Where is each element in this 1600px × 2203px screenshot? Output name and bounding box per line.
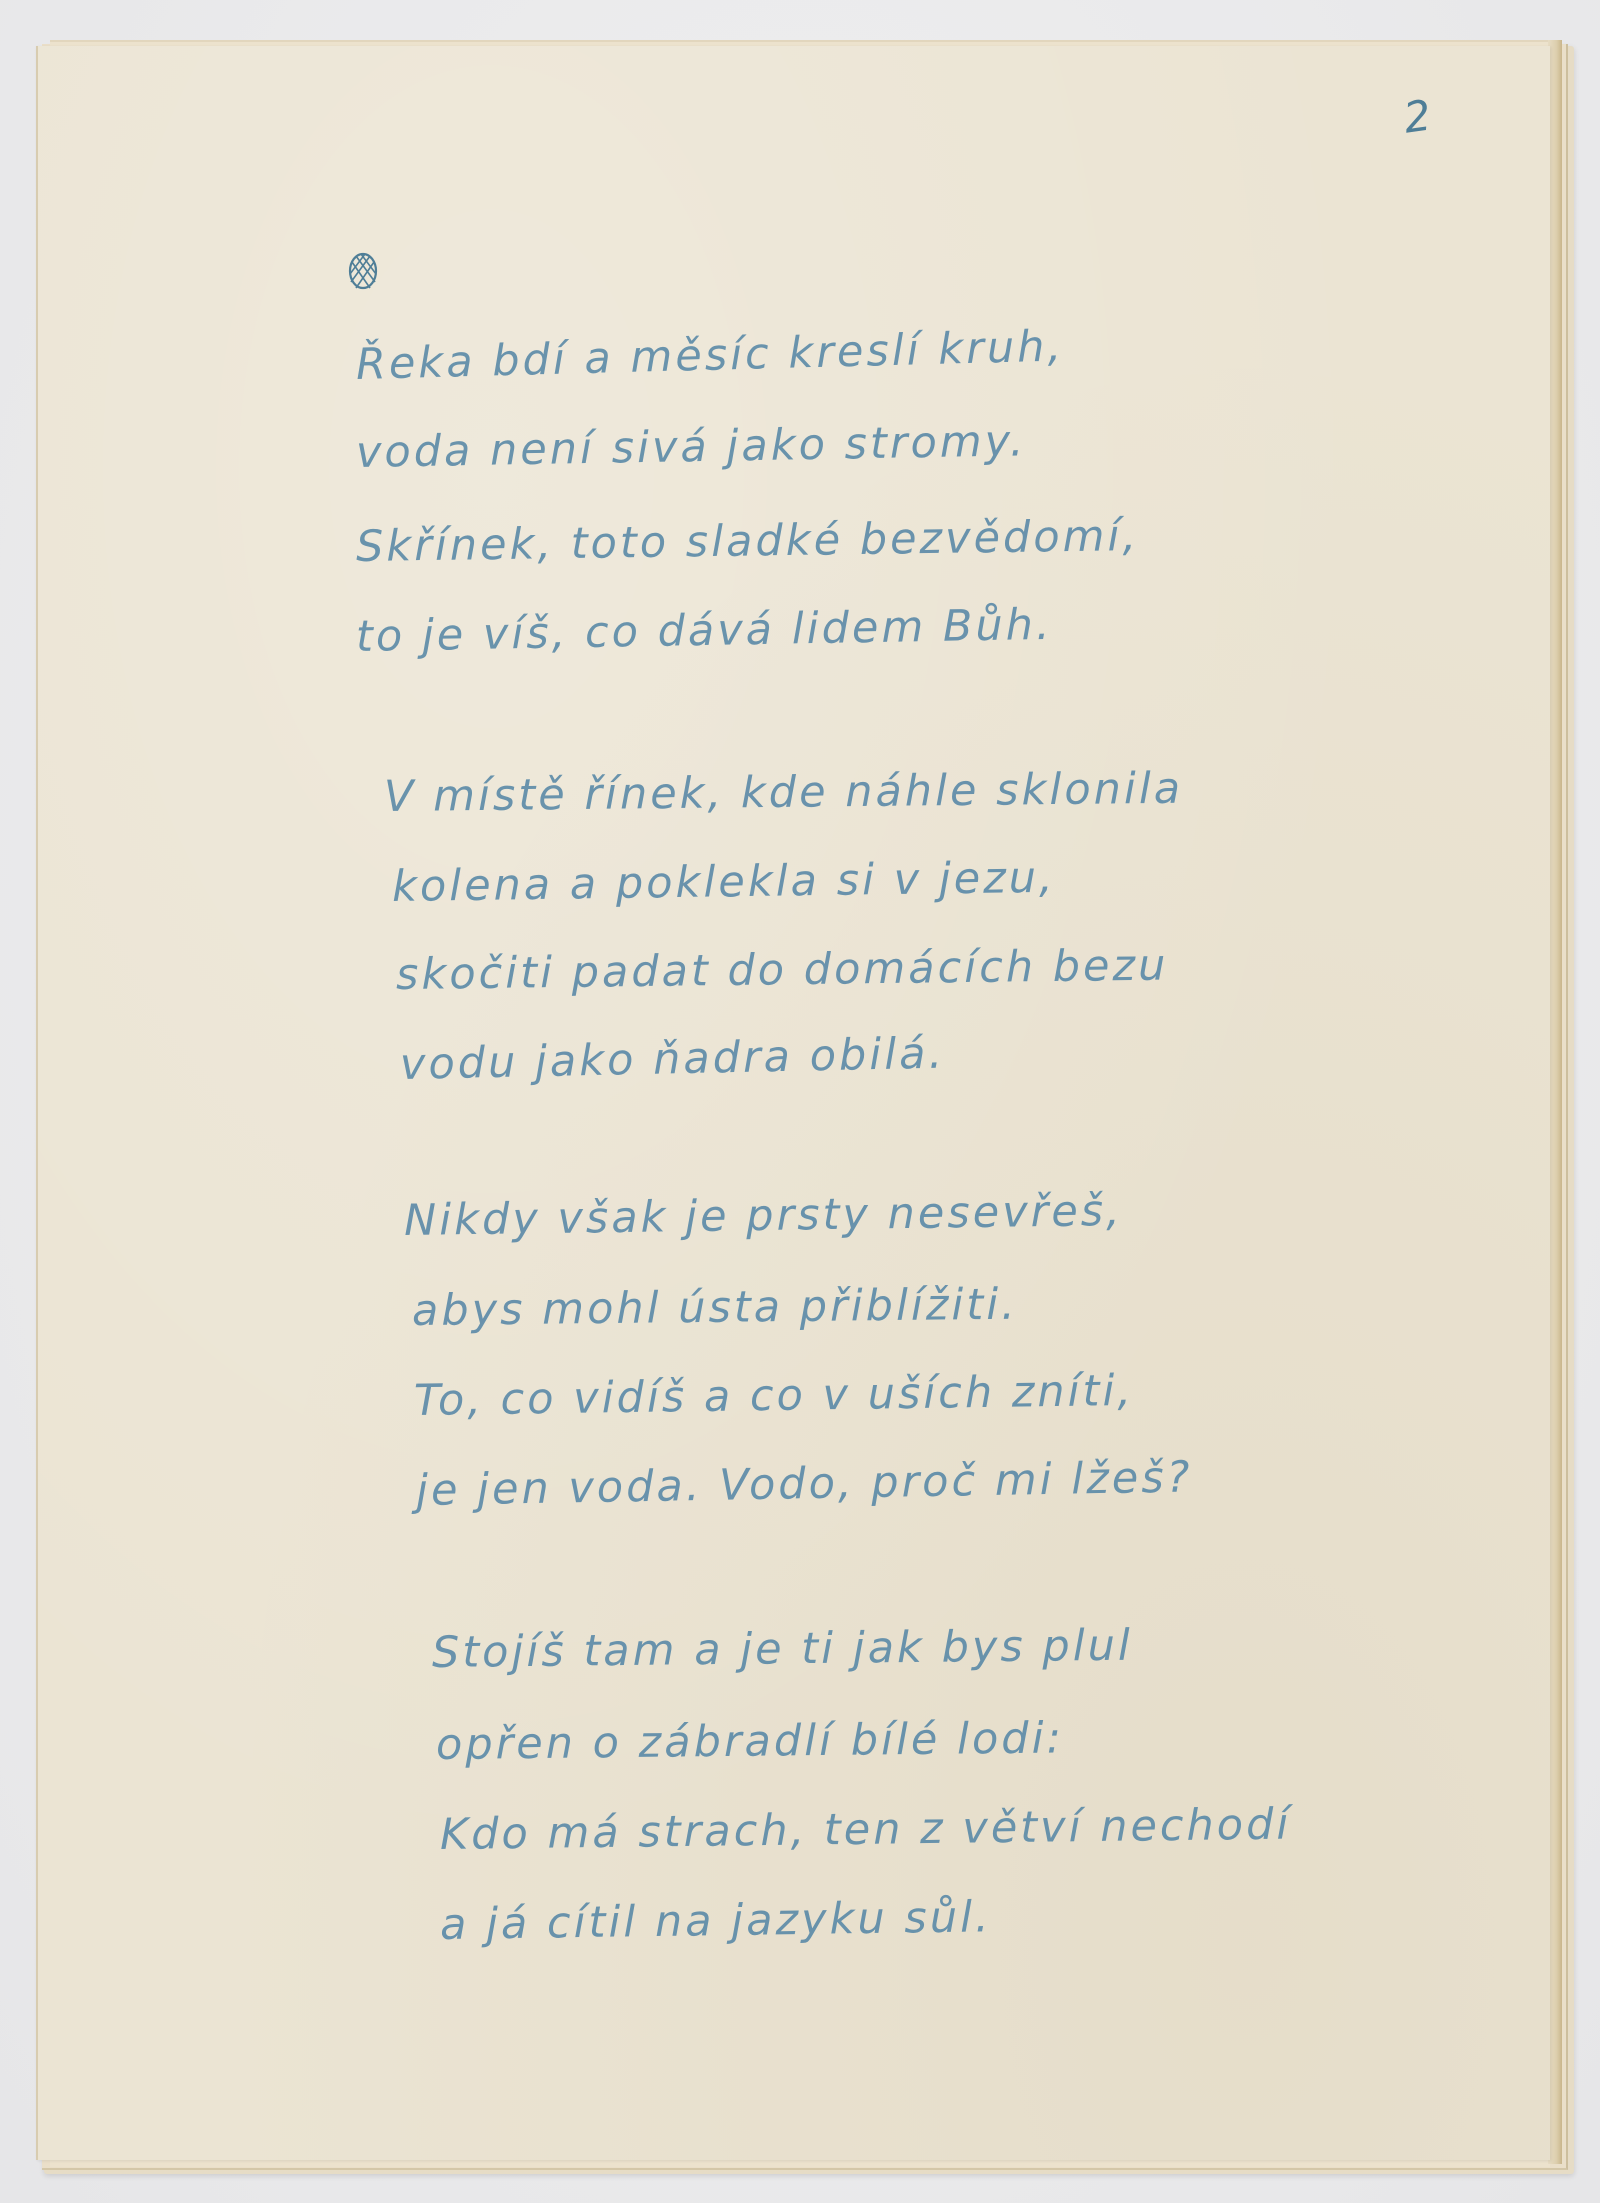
- poem-line: Skřínek, toto sladké bezvědomí,: [356, 511, 1140, 572]
- poem-line: voda není sivá jako stromy.: [356, 416, 1027, 478]
- poem-line: Stojíš tam a je ti jak bys plul: [432, 1621, 1133, 1678]
- poem-line: opřen o zábradlí bílé lodi:: [436, 1713, 1065, 1770]
- poem-line: V místě řínek, kde náhle sklonila: [384, 764, 1184, 822]
- poem-line: kolena a poklekla si v jezu,: [392, 853, 1056, 912]
- poem-line: Nikdy však je prsty nesevřeš,: [404, 1186, 1123, 1246]
- poem-line: vodu jako ňadra obilá.: [399, 1029, 945, 1090]
- poem-line: abys mohl ústa přiblížiti.: [412, 1280, 1018, 1336]
- poem-line: je jen voda. Vodo, proč mi lžeš?: [416, 1452, 1193, 1516]
- poem-line: Kdo má strach, ten z větví nechodí: [440, 1800, 1292, 1860]
- poem-line: To, co vidíš a co v uších zníti,: [414, 1366, 1135, 1426]
- poem-line: to je víš, co dává lidem Bůh.: [356, 600, 1053, 662]
- poem-line: Řeka bdí a měsíc kreslí kruh,: [355, 321, 1064, 390]
- poem-line: skočiti padat do domácích bezu: [396, 941, 1169, 1000]
- handwritten-poem: Řeka bdí a měsíc kreslí kruh, voda není …: [0, 0, 1600, 2203]
- poem-line: a já cítil na jazyku sůl.: [440, 1892, 992, 1950]
